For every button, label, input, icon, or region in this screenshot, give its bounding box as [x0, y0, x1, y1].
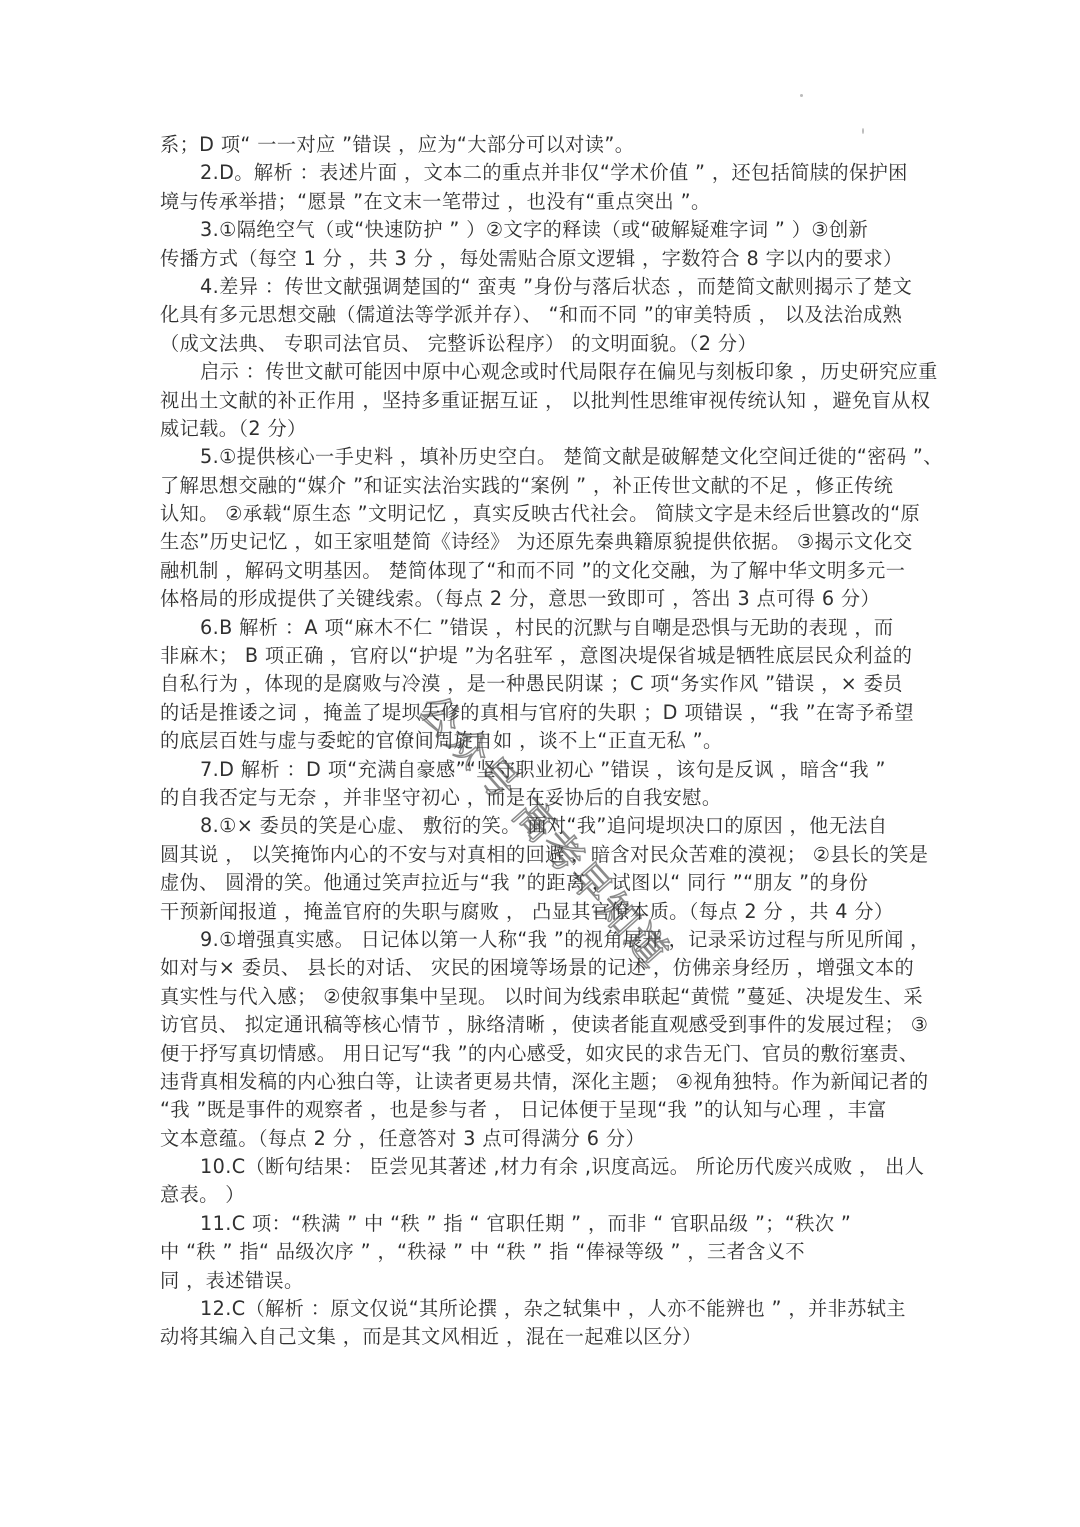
text-line: “我 ”既是事件的观察者 ，也是参与者 ， 日记体便于呈现“我 ”的认知与心理 …	[160, 1096, 920, 1124]
scan-speck	[800, 94, 803, 97]
text-line: 真实性与代入感； ②使叙事集中呈现。 以时间为线索串联起“黄慌 ”蔓延、决堤发生…	[160, 983, 920, 1011]
text-line: 便于抒写真切情感。 用日记写“我 ”的内心感受，如灾民的求告无门、官员的敷衍塞责…	[160, 1040, 920, 1068]
text-line: 化具有多元思想交融（儒道法等学派并存）、 “和而不同 ”的审美特质 ， 以及法治…	[160, 301, 920, 329]
text-line: 7.D 解析 ：D 项“充满自豪感”“坚守职业初心 ”错误 ，该句是反讽 ，暗含…	[160, 756, 920, 784]
text-line: 9.①增强真实感。 日记体以第一人称“我 ”的视角展开 ，记录采访过程与所见所闻…	[160, 926, 920, 954]
text-line: 2.D。解析 ：表述片面 ，文本二的重点并非仅“学术价值 ” ，还包括简牍的保护…	[160, 159, 920, 187]
text-line: 意表。 ）	[160, 1181, 920, 1209]
text-line: 11.C 项：“秩满 ” 中 “秩 ” 指 “ 官职任期 ” ，而非 “ 官职品…	[160, 1210, 920, 1238]
text-line: 生态”历史记忆 ，如王家咀楚简《诗经》 为还原先秦典籍原貌提供依据。 ③揭示文化…	[160, 528, 920, 556]
text-line: 6.B 解析 ：A 项“麻木不仁 ”错误 ，村民的沉默与自嘲是恐惧与无助的表现 …	[160, 614, 920, 642]
answer-key-page: 系；D 项“ 一一对应 ”错误 ，应为“大部分可以对读”。2.D。解析 ：表述片…	[160, 131, 920, 1352]
text-line: 的自我否定与无奈 ，并非坚守初心 ，而是在妥协后的自我安慰。	[160, 784, 920, 812]
text-line: 8.①× 委员的笑是心虚、 敷衍的笑。 面对“我”追问堤坝决口的原因 ，他无法自	[160, 812, 920, 840]
text-line: 5.①提供核心一手史料 ，填补历史空白。 楚简文献是破解楚文化空间迁徙的“密码 …	[160, 443, 920, 471]
text-line: 10.C（断句结果： 臣尝见其著述 ,材力有余 ,识度高远。 所论历代废兴成败 …	[160, 1153, 920, 1181]
text-line: 系；D 项“ 一一对应 ”错误 ，应为“大部分可以对读”。	[160, 131, 920, 159]
text-line: 体格局的形成提供了关键线索。（每点 2 分，意思一致即可 ，答出 3 点可得 6…	[160, 585, 920, 613]
text-line: 视出土文献的补正作用 ，坚持多重证据互证 ， 以批判性思维审视传统认知 ，避免盲…	[160, 387, 920, 415]
text-line: 如对与× 委员、 县长的对话、 灾民的困境等场景的记述 ，仿佛亲身经历 ，增强文…	[160, 954, 920, 982]
text-line: 境与传承举措；“愿景 ”在文末一笔带过 ，也没有“重点突出 ”。	[160, 188, 920, 216]
text-line: 中 “秩 ” 指“ 品级次序 ” ，“秩禄 ” 中 “秩 ” 指 “俸禄等级 ”…	[160, 1238, 920, 1266]
text-line: 自私行为 ，体现的是腐败与冷漠 ，是一种愚民阴谋 ；C 项“务实作风 ”错误 ，…	[160, 670, 920, 698]
text-line: 威记载。（2 分）	[160, 415, 920, 443]
text-line: 了解思想交融的“媒介 ”和证实法治实践的“案例 ” ，补正传世文献的不足 ，修正…	[160, 472, 920, 500]
text-line: （成文法典、 专职司法官员、 完整诉讼程序） 的文明面貌。（2 分）	[160, 330, 920, 358]
text-line: 4.差异 ：传世文献强调楚国的“ 蛮夷 ”身份与落后状态 ，而楚简文献则揭示了楚…	[160, 273, 920, 301]
text-line: 干预新闻报道 ，掩盖官府的失职与腐败 ， 凸显其官僚本质。（每点 2 分 ，共 …	[160, 898, 920, 926]
text-line: 虚伪、 圆滑的笑。他通过笑声拉近与“我 ”的距离 ，试图以“ 同行 ”“朋友 ”…	[160, 869, 920, 897]
text-line: 的话是推诿之词 ，掩盖了堤坝失修的真相与官府的失职 ；D 项错误 ，“我 ”在寄…	[160, 699, 920, 727]
text-line: 非麻木； B 项正确 ，官府以“护堤 ”为名驻军 ，意图决堤保省城是牺牲底层民众…	[160, 642, 920, 670]
text-line: 文本意蕴。（每点 2 分 ，任意答对 3 点可得满分 6 分）	[160, 1125, 920, 1153]
text-line: 圆其说 ， 以笑掩饰内心的不安与对真相的回避 ，暗含对民众苦难的漠视； ②县长的…	[160, 841, 920, 869]
text-line: 3.①隔绝空气（或“快速防护 ” ）②文字的释读（或“破解疑难字词 ” ）③创新	[160, 216, 920, 244]
text-line: 访官员、 拟定通讯稿等核心情节 ，脉络清晰 ，使读者能直观感受到事件的发展过程；…	[160, 1011, 920, 1039]
text-line: 融机制 ，解码文明基因。 楚简体现了“和而不同 ”的文化交融，为了解中华文明多元…	[160, 557, 920, 585]
text-line: 12.C（解析 ：原文仅说“其所论撰 ，杂之轼集中 ，人亦不能辨也 ” ，并非苏…	[160, 1295, 920, 1323]
text-line: 启示 ：传世文献可能因中原中心观念或时代局限存在偏见与刻板印象 ，历史研究应重	[160, 358, 920, 386]
text-line: 同 ，表述错误。	[160, 1267, 920, 1295]
text-line: 认知。 ②承载“原生态 ”文明记忆 ，真实反映古代社会。 简牍文字是未经后世篡改…	[160, 500, 920, 528]
text-line: 的底层百姓与虚与委蛇的官僚间周旋自如 ，谈不上“正直无私 ”。	[160, 727, 920, 755]
text-line: 动将其编入自己文集 ，而是其文风相近 ，混在一起难以区分）	[160, 1323, 920, 1351]
text-line: 违背真相发稿的内心独白等，让读者更易共情，深化主题； ④视角独特。作为新闻记者的	[160, 1068, 920, 1096]
text-line: 传播方式（每空 1 分 ，共 3 分 ，每处需贴合原文逻辑 ，字数符合 8 字以…	[160, 245, 920, 273]
